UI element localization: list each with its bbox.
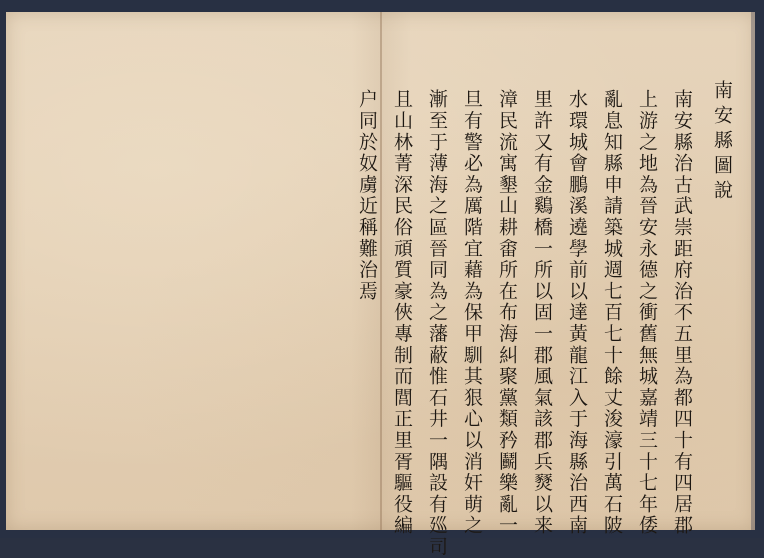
vertical-text-block: 南安縣圖說 南安縣治古武崇距府治不五里為都四十有四居郡 上游之地為晉安永德之衝舊… xyxy=(349,64,739,538)
manuscript-spread: 南安縣圖說 南安縣治古武崇距府治不五里為都四十有四居郡 上游之地為晉安永德之衝舊… xyxy=(6,12,755,530)
text-column-1: 南安縣治古武崇距府治不五里為都四十有四居郡 xyxy=(664,89,699,536)
text-column-8: 漸至于薄海之區晉同為之藩蔽惟石井一隅設有廵司 xyxy=(419,89,454,538)
document-title: 南安縣圖說 xyxy=(699,80,739,205)
text-column-6: 漳民流寓墾山耕畬所在布海糾聚黨類矜鬬樂亂一 xyxy=(489,89,524,536)
mount-border: 南安縣圖說 南安縣治古武崇距府治不五里為都四十有四居郡 上游之地為晉安永德之衝舊… xyxy=(0,0,764,538)
text-column-4: 水環城會鵬溪遶學前以達黃龍江入于海縣治西南 xyxy=(559,89,594,536)
text-column-7: 旦有警必為厲階宜藉為保甲馴其狠心以消奸萌之 xyxy=(454,89,489,536)
text-column-10: 户同於奴虜近稱難治焉 xyxy=(349,89,384,302)
left-page-blank xyxy=(6,12,381,530)
text-column-2: 上游之地為晉安永德之衝舊無城嘉靖三十七年倭 xyxy=(629,89,664,536)
text-column-3: 亂息知縣申請築城週七百七十餘丈浚濠引萬石陂 xyxy=(594,89,629,536)
text-column-9: 且山林菁深民俗頑質豪俠專制而閭正里胥驅役編 xyxy=(384,89,419,536)
text-column-5: 里許又有金鷄橋一所以固一郡風氣該郡兵燹以来 xyxy=(524,89,559,536)
page-edge xyxy=(751,12,755,530)
